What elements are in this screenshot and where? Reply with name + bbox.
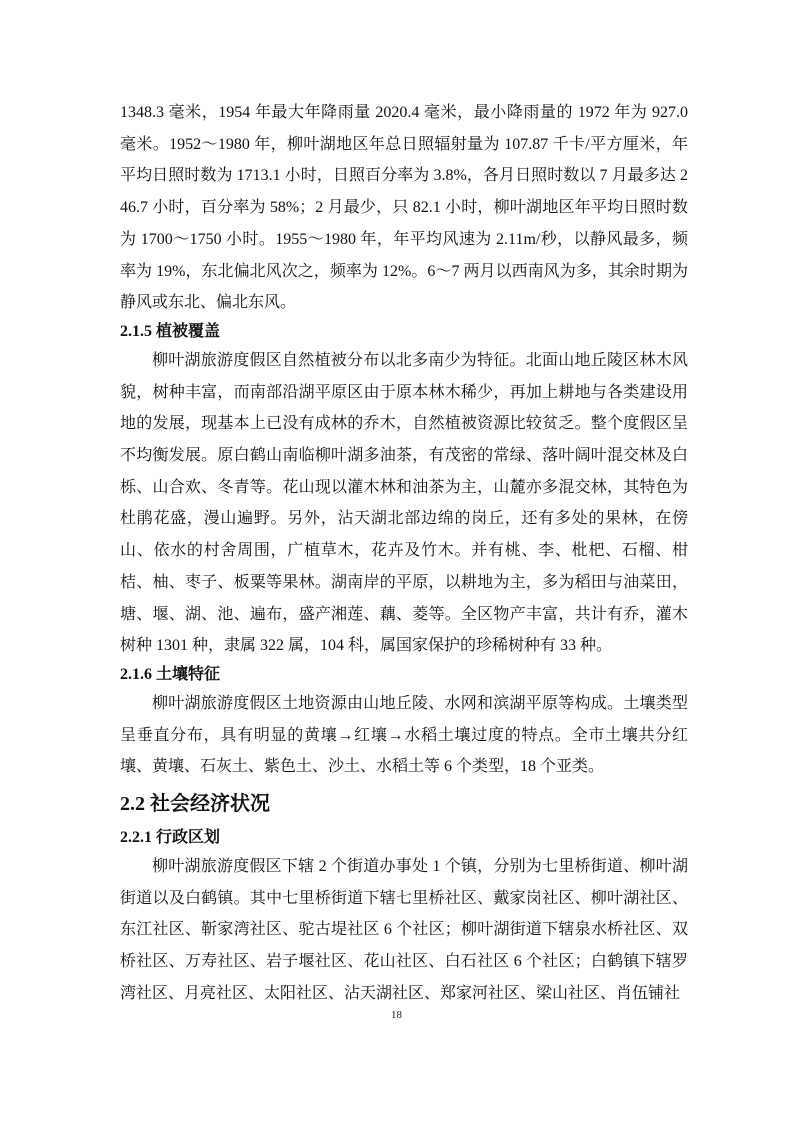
heading-2-2-1-admin-division: 2.2.1 行政区划 bbox=[120, 825, 688, 851]
heading-2-1-5-vegetation: 2.1.5 植被覆盖 bbox=[120, 319, 688, 345]
paragraph-soil: 柳叶湖旅游度假区土地资源由山地丘陵、水网和滨湖平原等构成。土壤类型呈垂直分布，具… bbox=[120, 688, 688, 783]
paragraph-admin-division: 柳叶湖旅游度假区下辖 2 个街道办事处 1 个镇，分别为七里桥街道、柳叶湖街道以… bbox=[120, 851, 688, 1010]
paragraph-vegetation: 柳叶湖旅游度假区自然植被分布以北多南少为特征。北面山地丘陵区林木风貌，树种丰富，… bbox=[120, 345, 688, 662]
paragraph-climate: 1348.3 毫米，1954 年最大年降雨量 2020.4 毫米，最小降雨量的 … bbox=[120, 97, 688, 319]
heading-2-2-social-economy: 2.2 社会经济状况 bbox=[120, 783, 688, 825]
heading-2-1-6-soil: 2.1.6 土壤特征 bbox=[120, 662, 688, 688]
page-content: 1348.3 毫米，1954 年最大年降雨量 2020.4 毫米，最小降雨量的 … bbox=[120, 97, 688, 1010]
document-page: 1348.3 毫米，1954 年最大年降雨量 2020.4 毫米，最小降雨量的 … bbox=[0, 0, 793, 1122]
page-number: 18 bbox=[0, 1008, 793, 1022]
